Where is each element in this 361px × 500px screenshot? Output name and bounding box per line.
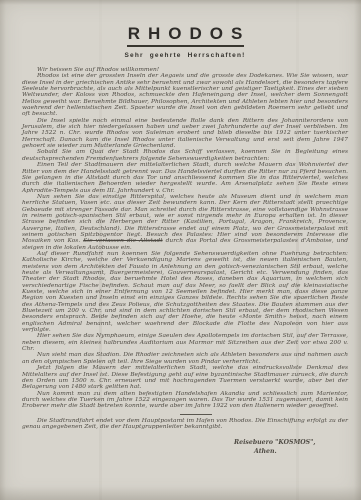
salutation: Sehr geehrte Herrschaften! [22,52,348,59]
letter-body: Wir heissen Sie auf Rhodos willkommen! R… [22,67,348,430]
signature-block: Reisebuero "KOSMOS", Athen. [234,439,348,455]
paragraph-text: Nun sehen Sie das einstige Ritterspital,… [22,194,348,244]
paragraph-fortifications: Jetzt folgen die Mauern der mittelalterl… [22,365,348,390]
title-underline [127,45,244,47]
section-separator [180,414,212,415]
paragraph-history-antiquity: Rhodos ist eine der grossten Inseln der … [22,73,348,117]
struck-text: Sie verlassen die Altstadt [83,238,162,244]
paragraph-arrival: Sobald Sie am Quai der Stadt Rhodos das … [22,149,348,162]
paragraph-stadium: Nun sieht man das Stadion. Die Rhodier z… [22,352,348,365]
paragraph-bus-tour: Auf dieser Rundfahrt nun koennen Sie fol… [22,251,348,333]
paragraph-nymphaeum: Hier sehen Sie das Nymphaeum, einige Sae… [22,333,348,352]
paragraph-knights-quarter: Nun sehen Sie das einstige Ritterspital,… [22,194,348,251]
document-page: RHODOS Sehr geehrte Herrschaften! Wir he… [0,0,361,500]
document-header: RHODOS Sehr geehrte Herrschaften! [22,24,348,59]
paragraph-closing: Die Stadtrundfahrt endet vor dem Hauptpo… [22,418,348,431]
paragraph-history-knights: Die Insel spielte noch einmal eine bedeu… [22,118,348,150]
signature-city: Athen. [254,448,348,455]
document-title: RHODOS [120,24,251,44]
paragraph-harbour-gate: Nun kommt man zu dem alten befestigten H… [22,391,348,410]
paragraph-city-walls: Einen Teil der Stadtmauern der mittelalt… [22,162,348,194]
signature-company: Reisebuero "KOSMOS", [234,439,348,446]
